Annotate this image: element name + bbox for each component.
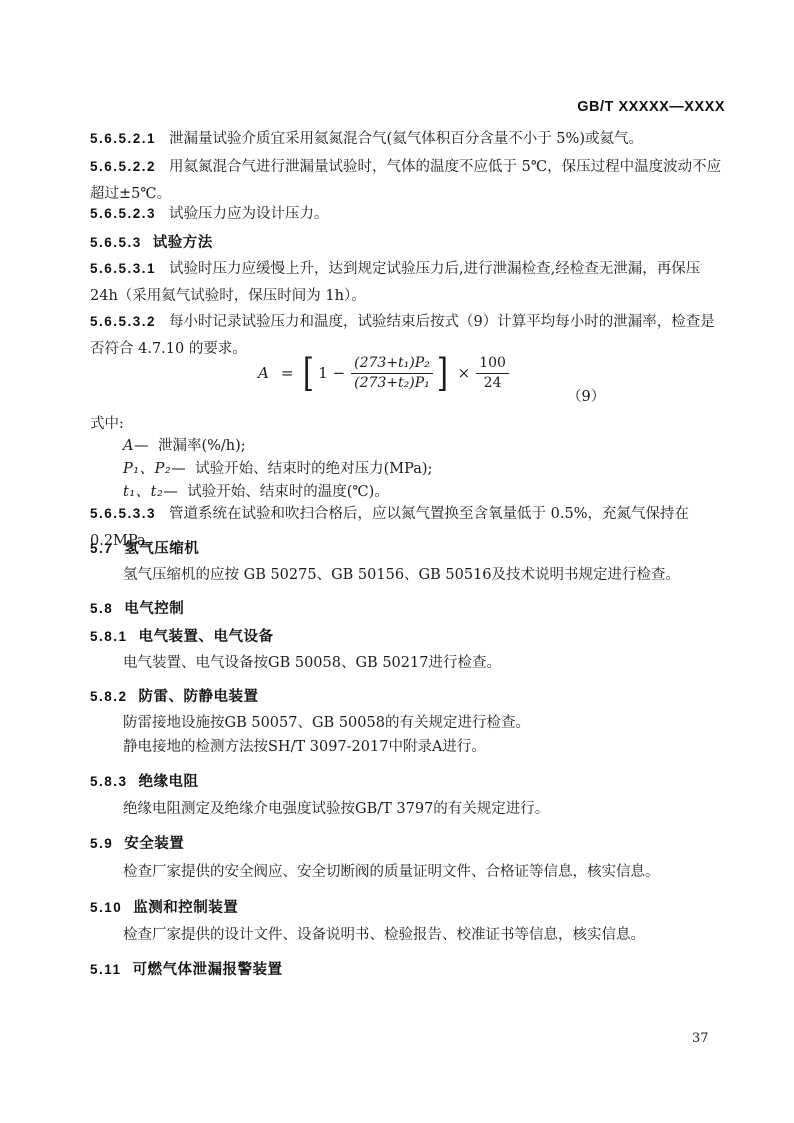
paragraph-5-7: 氢气压缩机的应按 GB 50275、GB 50156、GB 50516及技术说明…: [90, 563, 725, 587]
standard-number: GB/T XXXXX—XXXX: [577, 99, 725, 115]
definition-P1-P2: P₁、P₂—试验开始、结束时的绝对压力(MPa);: [90, 457, 725, 478]
paragraph-5-9: 检查厂家提供的安全阀应、安全切断阀的质量证明文件、合格证等信息，核实信息。: [90, 860, 725, 884]
heading-number: 5.8.3: [90, 774, 128, 789]
clause-text: 试验时压力应缓慢上升，达到规定试验压力后,进行泄漏检查,经检查无泄漏，再保压 2…: [90, 261, 700, 304]
clause-text: 每小时记录试验压力和温度，试验结束后按式（9）计算平均每小时的泄漏率，检查是否符…: [90, 314, 715, 357]
definition-desc: 泄漏率(%/h);: [158, 438, 246, 454]
heading-5-8-1: 5.8.1电气装置、电气设备: [90, 625, 725, 646]
equation-label: （9）: [567, 385, 605, 406]
fraction-numerator: 100: [476, 355, 509, 374]
clause-5-6-5-2-3: 5.6.5.2.3试验压力应为设计压力。: [90, 201, 725, 228]
clause-5-6-5-2-2: 5.6.5.2.2用氦氮混合气进行泄漏量试验时，气体的温度不应低于 5℃，保压过…: [90, 154, 725, 207]
where-intro: 式中:: [90, 412, 725, 433]
clause-number: 5.6.5.3.3: [90, 506, 156, 521]
fraction-numerator: (273+t₁)P₂: [351, 355, 433, 374]
clause-number: 5.6.5.2.2: [90, 159, 156, 174]
paragraph-text: 检查厂家提供的设计文件、设备说明书、检验报告、校准证书等信息，核实信息。: [123, 927, 645, 943]
heading-5-9: 5.9安全装置: [90, 832, 725, 853]
paragraph-text: 检查厂家提供的安全阀应、安全切断阀的质量证明文件、合格证等信息，核实信息。: [123, 864, 660, 880]
paragraph-5-8-2b: 静电接地的检测方法按SH/T 3097-2017中附录A进行。: [90, 735, 725, 759]
definition-symbol: P₁、P₂—: [123, 461, 186, 477]
heading-text: 试验方法: [153, 235, 213, 251]
heading-text: 可燃气体泄漏报警装置: [133, 962, 283, 978]
page-number-text: 37: [692, 1031, 709, 1046]
definition-t1-t2: t₁、t₂—试验开始、结束时的温度(℃)。: [90, 480, 725, 501]
formula-lhs: A: [258, 364, 269, 382]
clause-5-6-5-2-1: 5.6.5.2.1泄漏量试验介质宜采用氦氮混合气(氦气体积百分含量不小于 5%)…: [90, 126, 725, 153]
clause-number: 5.6.5.2.3: [90, 206, 156, 221]
fraction-denominator: (273+t₂)P₁: [351, 374, 433, 392]
heading-number: 5.7: [90, 541, 113, 556]
heading-5-8: 5.8电气控制: [90, 597, 725, 618]
heading-number: 5.8: [90, 601, 113, 616]
left-bracket: [: [303, 354, 314, 392]
heading-text: 电气控制: [124, 601, 184, 617]
heading-5-6-5-3: 5.6.5.3试验方法: [90, 231, 725, 252]
clause-number: 5.6.5.3.1: [90, 261, 156, 276]
right-bracket: ]: [437, 354, 448, 392]
heading-number: 5.9: [90, 836, 113, 851]
clause-number: 5.6.5.2.1: [90, 131, 156, 146]
heading-5-7: 5.7氢气压缩机: [90, 537, 725, 558]
heading-text: 氢气压缩机: [124, 541, 199, 557]
one-minus: 1 −: [318, 364, 345, 382]
heading-number: 5.10: [90, 900, 122, 915]
heading-5-8-2: 5.8.2防雷、防静电装置: [90, 685, 725, 706]
leak-rate-formula: A = [ 1 − (273+t₁)P₂ (273+t₂)P₁ ] × 100 …: [258, 354, 509, 392]
paragraph-text: 静电接地的检测方法按SH/T 3097-2017中附录A进行。: [123, 739, 486, 755]
heading-number: 5.8.1: [90, 629, 128, 644]
page-header: GB/T XXXXX—XXXX: [90, 99, 725, 115]
heading-number: 5.11: [90, 962, 122, 977]
where-intro-text: 式中:: [90, 416, 124, 432]
paragraph-5-8-2a: 防雷接地设施按GB 50057、GB 50058的有关规定进行检查。: [90, 711, 725, 735]
paragraph-text: 防雷接地设施按GB 50057、GB 50058的有关规定进行检查。: [123, 715, 530, 731]
paragraph-5-8-1: 电气装置、电气设备按GB 50058、GB 50217进行检查。: [90, 651, 725, 675]
clause-text: 试验压力应为设计压力。: [169, 206, 329, 222]
equals-sign: =: [281, 364, 294, 382]
pressure-temp-fraction: (273+t₁)P₂ (273+t₂)P₁: [351, 355, 433, 392]
paragraph-text: 氢气压缩机的应按 GB 50275、GB 50156、GB 50516及技术说明…: [123, 567, 680, 583]
definition-symbol: t₁、t₂—: [123, 484, 178, 500]
heading-number: 5.6.5.3: [90, 235, 142, 250]
paragraph-5-10: 检查厂家提供的设计文件、设备说明书、检验报告、校准证书等信息，核实信息。: [90, 923, 725, 947]
fraction-denominator: 24: [476, 374, 509, 392]
definition-A: A—泄漏率(%/h);: [90, 434, 725, 455]
definition-symbol: A—: [123, 438, 149, 454]
definition-desc: 试验开始、结束时的绝对压力(MPa);: [195, 461, 432, 477]
hundred-over-24-fraction: 100 24: [476, 355, 509, 392]
clause-number: 5.6.5.3.2: [90, 314, 156, 329]
document-page: GB/T XXXXX—XXXX 5.6.5.2.1泄漏量试验介质宜采用氦氮混合气…: [0, 0, 794, 1123]
heading-number: 5.8.2: [90, 689, 128, 704]
paragraph-text: 电气装置、电气设备按GB 50058、GB 50217进行检查。: [123, 655, 501, 671]
heading-text: 监测和控制装置: [133, 900, 238, 916]
clause-5-6-5-3-1: 5.6.5.3.1试验时压力应缓慢上升，达到规定试验压力后,进行泄漏检查,经检查…: [90, 256, 725, 309]
times-sign: ×: [458, 364, 471, 382]
equation-9: A = [ 1 − (273+t₁)P₂ (273+t₂)P₁ ] × 100 …: [90, 354, 725, 412]
clause-text: 用氦氮混合气进行泄漏量试验时，气体的温度不应低于 5℃，保压过程中温度波动不应超…: [90, 159, 721, 202]
heading-text: 安全装置: [124, 836, 184, 852]
clause-text: 泄漏量试验介质宜采用氦氮混合气(氦气体积百分含量不小于 5%)或氦气。: [169, 131, 643, 147]
heading-5-8-3: 5.8.3绝缘电阻: [90, 770, 725, 791]
heading-text: 电气装置、电气设备: [139, 629, 274, 645]
heading-5-11: 5.11可燃气体泄漏报警装置: [90, 958, 725, 979]
paragraph-text: 绝缘电阻测定及绝缘介电强度试验按GB/T 3797的有关规定进行。: [123, 801, 549, 817]
paragraph-5-8-3: 绝缘电阻测定及绝缘介电强度试验按GB/T 3797的有关规定进行。: [90, 797, 725, 821]
heading-text: 绝缘电阻: [139, 774, 199, 790]
heading-text: 防雷、防静电装置: [139, 689, 259, 705]
page-number: 37: [692, 1031, 709, 1046]
heading-5-10: 5.10监测和控制装置: [90, 896, 725, 917]
definition-desc: 试验开始、结束时的温度(℃)。: [187, 484, 389, 500]
